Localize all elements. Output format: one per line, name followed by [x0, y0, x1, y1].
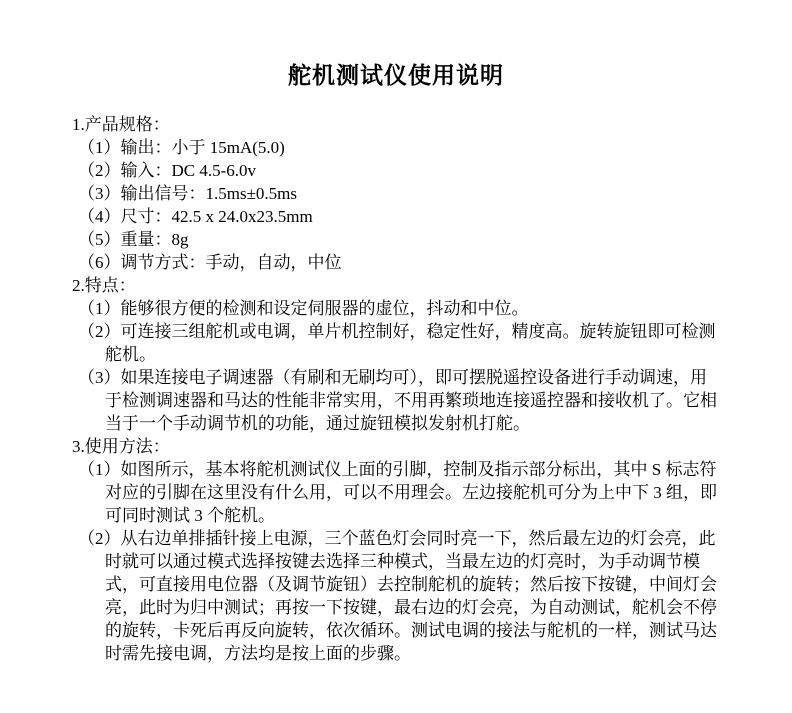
section-features: 2.特点： （1）能够很方便的检测和设定伺服器的虚位，抖动和中位。 （2）可连接…	[72, 274, 720, 435]
feature-item-2: （2）可连接三组舵机或电调，单片机控制好，稳定性好，精度高。旋转旋钮即可检测舵机…	[72, 320, 720, 366]
spec-item-output: （1）输出：小于 15mA(5.0)	[72, 136, 720, 159]
spec-item-input: （2）输入：DC 4.5-6.0v	[72, 159, 720, 182]
feature-item-1: （1）能够很方便的检测和设定伺服器的虚位，抖动和中位。	[72, 297, 720, 320]
spec-item-dimensions: （4）尺寸：42.5 x 24.0x23.5mm	[72, 205, 720, 228]
section-heading-usage: 3.使用方法：	[72, 435, 720, 458]
section-heading-product-specs: 1.产品规格：	[72, 113, 720, 136]
spec-item-weight: （5）重量：8g	[72, 228, 720, 251]
document-title: 舵机测试仪使用说明	[72, 62, 720, 90]
feature-item-3: （3）如果连接电子调速器（有刷和无刷均可），即可摆脱遥控设备进行手动调速，用于检…	[72, 366, 720, 435]
usage-item-1: （1）如图所示，基本将舵机测试仪上面的引脚，控制及指示部分标出，其中 S 标志符…	[72, 458, 720, 527]
spec-item-output-signal: （3）输出信号：1.5ms±0.5ms	[72, 182, 720, 205]
section-heading-features: 2.特点：	[72, 274, 720, 297]
spec-item-adjust-modes: （6）调节方式：手动，自动，中位	[72, 251, 720, 274]
usage-item-2: （2）从右边单排插针接上电源，三个蓝色灯会同时亮一下，然后最左边的灯会亮，此时就…	[72, 527, 720, 665]
section-usage: 3.使用方法： （1）如图所示，基本将舵机测试仪上面的引脚，控制及指示部分标出，…	[72, 435, 720, 665]
document-page: 舵机测试仪使用说明 1.产品规格： （1）输出：小于 15mA(5.0) （2）…	[0, 0, 792, 713]
section-product-specs: 1.产品规格： （1）输出：小于 15mA(5.0) （2）输入：DC 4.5-…	[72, 113, 720, 274]
